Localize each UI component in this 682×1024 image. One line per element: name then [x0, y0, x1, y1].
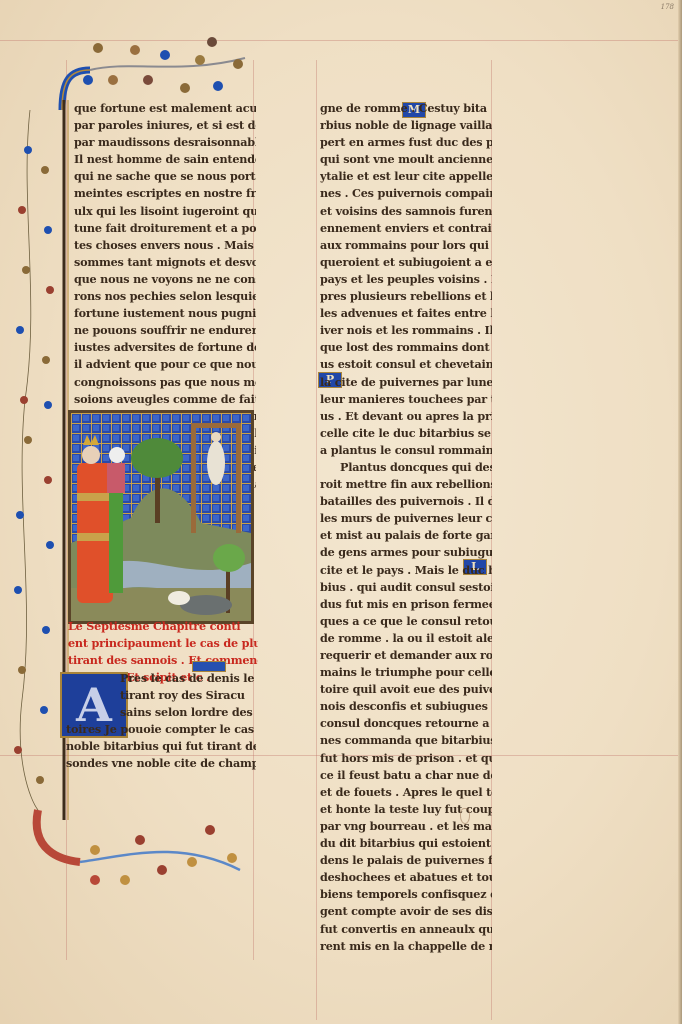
- text-line: rons nos pechies selon lesquieulx ;: [74, 288, 256, 305]
- text-line: bius . qui audit consul sestoit ren: [320, 579, 492, 596]
- text-line: mains le triumphe pour celle vic: [320, 664, 492, 681]
- text-line: et de fouets . Apres le quel tourmet: [320, 784, 492, 801]
- text-line: par maudissons desraisonnables et iniure…: [74, 134, 256, 151]
- text-line: noble bitarbius qui fut tirant de: [66, 738, 256, 755]
- text-line: Plantus doncques qui desi: [320, 459, 492, 476]
- text-line: biens temporels confisquez et lar: [320, 886, 492, 903]
- text-line: rent mis en la chappelle de romulus: [320, 938, 492, 955]
- rubric-line: Le Septiesme Chapitre conti: [68, 618, 258, 635]
- text-line: pres plusieurs rebellions et batail: [320, 288, 492, 305]
- text-line: ce il feust batu a char nue de verges: [320, 767, 492, 784]
- text-line: les advenues et faites entre les pu: [320, 305, 492, 322]
- text-line: gent compte avoir de ses dis biens: [320, 903, 492, 920]
- miniature-scene: [71, 413, 251, 621]
- text-line: fut convertis en anneaulx qui fu: [320, 921, 492, 938]
- text-line: fortune iustement nous pugnist . et: [74, 305, 256, 322]
- folio-number: 178: [661, 3, 674, 11]
- text-line: il advient que pour ce que nous ne: [74, 356, 256, 373]
- text-line: de romme . la ou il estoit ale pour: [320, 630, 492, 647]
- text-line: aux rommains pour lors qui conc: [320, 237, 492, 254]
- right-column-text: gne de romme . Cestuy bita rbius noble d…: [320, 100, 492, 955]
- chapter-opening-text: Pres le cas de denis le tirant roy des S…: [66, 670, 256, 773]
- text-line: gne de romme . Cestuy bita: [320, 100, 492, 117]
- text-line: pert en armes fust duc des puiver nois: [320, 134, 492, 151]
- text-line: qui sont vne moult ancienne gent de: [320, 151, 492, 168]
- text-line: toire quil avoit eue des puiver: [320, 681, 492, 698]
- text-line: nes . Ces puivernois compaingnons: [320, 185, 492, 202]
- text-line: us . Et devant ou apres la prise de: [320, 408, 492, 425]
- text-line: et voisins des samnois furent anci: [320, 203, 492, 220]
- text-line: tune fait droiturement et a point tou: [74, 220, 256, 237]
- text-line: requerir et demander aux rom: [320, 647, 492, 664]
- text-line: queroient et subiugoient a eulx les: [320, 254, 492, 271]
- text-line: dus fut mis en prison fermee iusc: [320, 596, 492, 613]
- text-line: ytalie et est leur cite appellee puiver: [320, 168, 492, 185]
- miniature-illustration: [68, 410, 254, 624]
- text-line: sommes tant mignots et desvoiez: [74, 254, 256, 271]
- ruling-line: [316, 60, 317, 1020]
- text-line: meintes escriptes en nostre front . Ce: [74, 185, 256, 202]
- text-line: sondes vne noble cite de champain: [66, 755, 256, 772]
- text-line: pays et les peuples voisins . Et a: [320, 271, 492, 288]
- text-line: celle cite le duc bitarbius se rendi: [320, 425, 492, 442]
- text-line: rbius noble de lignage vaillant et ex: [320, 117, 492, 134]
- text-line: que lost des rommains dont planti: [320, 339, 492, 356]
- text-line: la cite de puivernes par lune des ;: [320, 374, 492, 391]
- text-line: tirant roy des Siracu: [66, 687, 256, 704]
- text-line: dens le palais de puivernes furent: [320, 852, 492, 869]
- text-line: a plantus le consul rommain :: [320, 442, 492, 459]
- text-line: les murs de puivernes leur cite ;: [320, 510, 492, 527]
- text-line: ennement enviers et contraires: [320, 220, 492, 237]
- text-line: us estoit consul et chevetaine print: [320, 356, 492, 373]
- text-line: batailles des puivernois . Il deshocha: [320, 493, 492, 510]
- text-line: qui ne sache que se nous portons nos: [74, 168, 256, 185]
- text-line: toires Je pouoie compter le cas du: [66, 721, 256, 738]
- text-line: leur manieres touchees par titelius: [320, 391, 492, 408]
- rubric-line: tirant des sannois . Et commence :: [68, 652, 258, 669]
- text-line: du dit bitarbius qui estoient de: [320, 835, 492, 852]
- text-line: sains selon lordre des hys: [66, 704, 256, 721]
- text-line: Il nest homme de sain entendement: [74, 151, 256, 168]
- text-line: congnoissons pas que nous mesmes: [74, 374, 256, 391]
- text-line: iustes adversites de fortune de quoy: [74, 339, 256, 356]
- text-line: cite et le pays . Mais le duc bitair: [320, 562, 492, 579]
- manuscript-page: 178: [0, 0, 682, 1024]
- text-line: de gens armes pour subiuguer la: [320, 544, 492, 561]
- text-line: iver nois et les rommains . Il advint: [320, 322, 492, 339]
- text-line: roit mettre fin aux rebellions et aux: [320, 476, 492, 493]
- text-line: par paroles iniures, et si est despitee: [74, 117, 256, 134]
- text-line: que nous ne voyons ne ne conside: [74, 271, 256, 288]
- rubric-line: ent principaument le cas de plusieurs: [68, 635, 258, 652]
- text-line: deshochees et abatues et tous ses ;: [320, 869, 492, 886]
- text-line: et mist au palais de forte garniso: [320, 527, 492, 544]
- text-line: fut hors mis de prison . et que apres: [320, 750, 492, 767]
- text-line: Pres le cas de denis le: [66, 670, 256, 687]
- text-line: nois desconfis et subiugues . Le: [320, 698, 492, 715]
- text-line: tes choses envers nous . Mais nous: [74, 237, 256, 254]
- text-line: que fortune est malement acusee :: [74, 100, 256, 117]
- text-line: consul doncques retourne a puiver: [320, 715, 492, 732]
- text-line: ulx qui les lisoint iugeroint que for: [74, 203, 256, 220]
- text-line: nes commanda que bitarbius ;: [320, 732, 492, 749]
- text-line: ne pouons souffrir ne endurer les: [74, 322, 256, 339]
- text-line: soions aveugles comme de fait nous: [74, 391, 256, 408]
- ink-stain: [460, 808, 470, 824]
- text-line: ques a ce que le consul retourna: [320, 613, 492, 630]
- page-edge: [678, 0, 682, 1024]
